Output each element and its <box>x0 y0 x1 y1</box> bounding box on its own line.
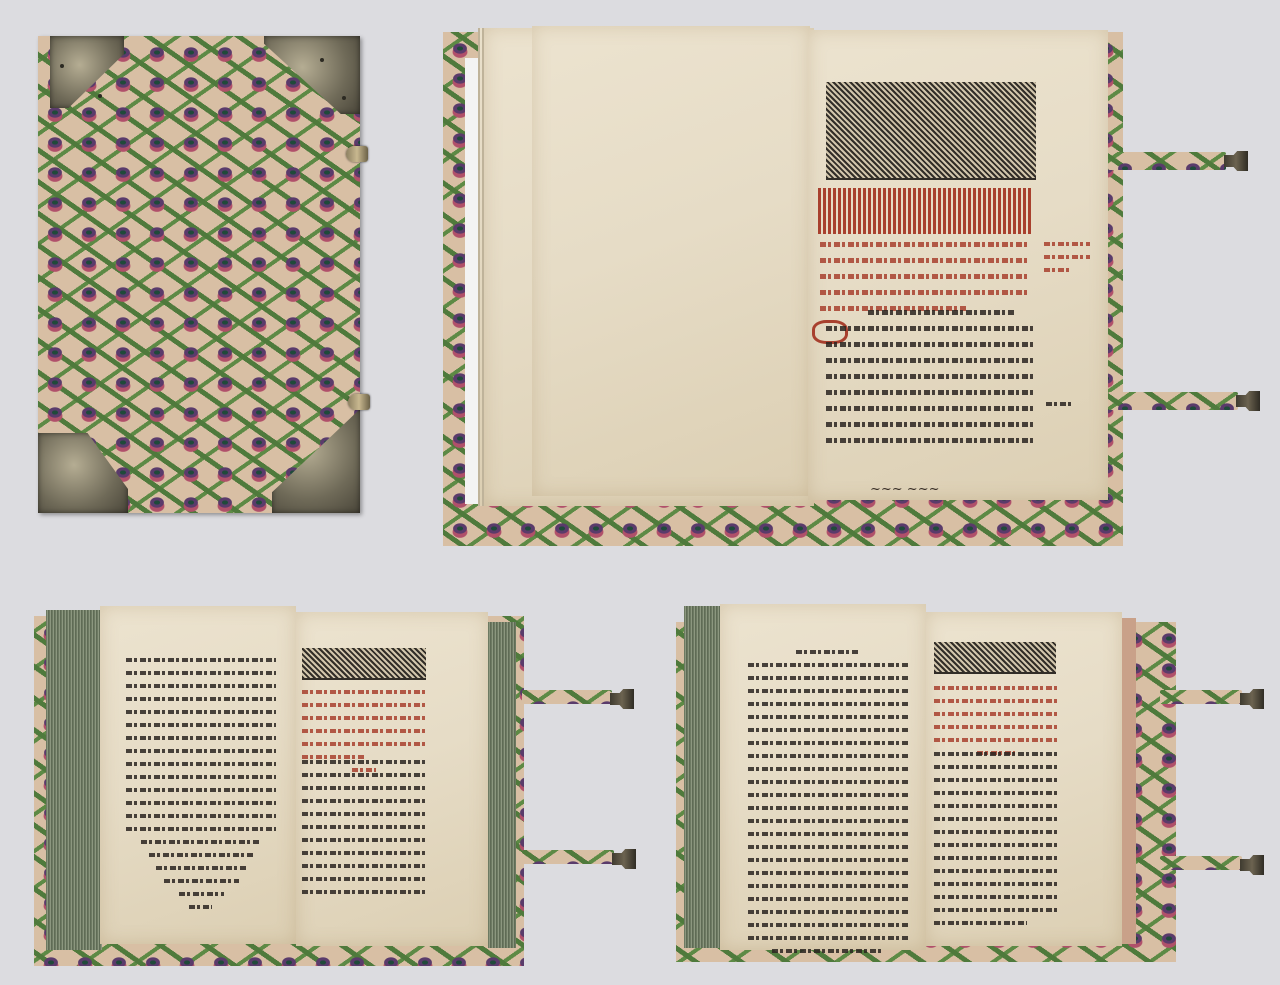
spread-b-right-page <box>926 612 1122 946</box>
spread-a-left-fore-edge <box>46 610 102 950</box>
title-page: ~~~ ~~~ <box>808 30 1108 500</box>
marginal-notes-red <box>1044 242 1090 281</box>
engraved-headpiece <box>826 82 1036 180</box>
metal-corner-bottom-left <box>38 433 128 513</box>
spread-b-headpiece <box>934 642 1056 674</box>
black-text-block <box>826 310 1036 454</box>
clasp-strap-lower <box>1108 392 1238 410</box>
closed-book-cover <box>38 36 360 513</box>
spread-a-strap-lower <box>522 850 614 864</box>
blank-flyleaf <box>532 26 810 496</box>
clasp-lower <box>348 394 370 410</box>
spread-a-headpiece <box>302 648 426 680</box>
marginal-note-black <box>1046 402 1074 415</box>
clasp-strap-upper <box>1108 152 1226 170</box>
spread-a-left-page <box>100 606 296 944</box>
spread-a-black-text <box>302 760 426 903</box>
spread-a-right-fore-edge <box>488 622 516 948</box>
metal-corner-top-left <box>50 36 124 108</box>
metal-corner-top-right <box>264 36 360 114</box>
metal-corner-bottom-right <box>272 409 360 513</box>
spread-a-right-page <box>296 612 488 946</box>
spread-a-left-text <box>126 658 276 918</box>
spread-b-strap-upper <box>1160 690 1242 704</box>
spread-b-left-page <box>720 604 926 950</box>
spread-b-strap-lower <box>1160 856 1242 870</box>
spread-b-black-text <box>934 752 1058 934</box>
spread-a-strap-upper <box>522 690 612 704</box>
spread-b-right-fore-edge <box>1122 618 1136 944</box>
clasp-upper <box>346 146 368 162</box>
spread-b-left-text <box>748 650 908 962</box>
handwritten-inscription: ~~~ ~~~ <box>870 482 940 497</box>
red-title-band <box>818 188 1033 234</box>
